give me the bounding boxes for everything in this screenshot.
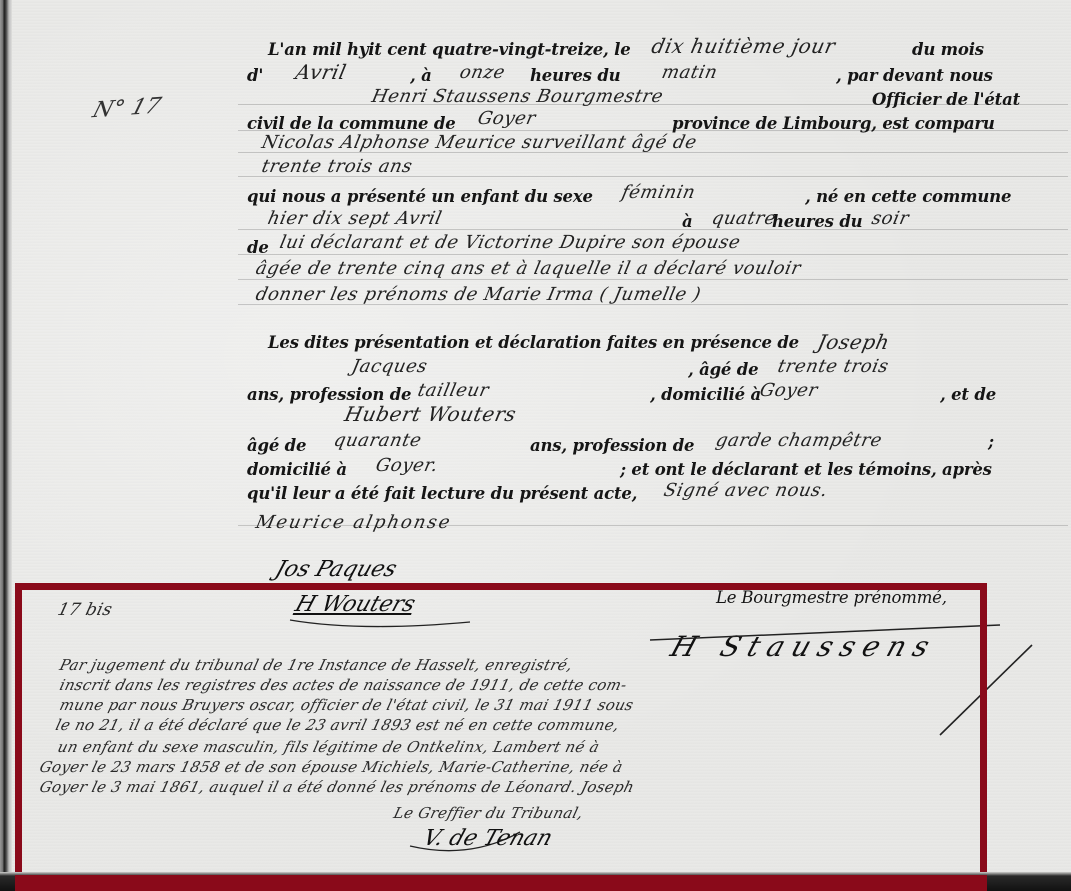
handwritten-day: dix huitième jour: [649, 34, 837, 58]
ruled-line: [238, 279, 1068, 280]
handwritten-evening: soir: [870, 208, 911, 229]
handwritten-parents: lui déclarant et de Victorine Dupire son…: [278, 232, 743, 253]
record-number: N° 17: [90, 94, 164, 123]
annotation-line: un enfant du sexe masculin, fils légitim…: [56, 738, 602, 756]
annotation-line: Goyer le 23 mars 1858 et de son épouse M…: [38, 758, 625, 776]
handwritten-sex: féminin: [620, 182, 698, 203]
handwritten-witness2-domicile: Goyer.: [374, 455, 440, 476]
handwritten-witness1-profession: tailleur: [416, 380, 491, 401]
book-binding-edge: [0, 0, 12, 891]
registry-page: N° 17 L'an mil hyit cent quatre-vingt-tr…: [0, 0, 1071, 891]
annotation-line: Goyer le 3 mai 1861, auquel il a été don…: [38, 778, 637, 796]
ruled-line: [238, 254, 1068, 255]
handwritten-witness2-age: quarante: [332, 430, 424, 451]
handwritten-witness2-profession: garde champêtre: [714, 430, 884, 451]
handwritten-hour: onze: [458, 62, 507, 83]
printed-text: heures du: [772, 212, 862, 231]
handwritten-witness1-last: Jacques: [350, 356, 430, 377]
handwritten-commune: Goyer: [476, 108, 538, 129]
handwritten-witness1-domicile: Goyer: [758, 380, 820, 401]
signature-declarant: Meurice alphonse: [254, 512, 454, 533]
printed-text: du mois: [912, 40, 984, 59]
printed-text: L'an mil hyit cent quatre-vingt-treize, …: [268, 40, 631, 59]
printed-text: de: [247, 238, 269, 257]
handwritten-given-names: donner les prénoms de Marie Irma ( Jumel…: [254, 284, 703, 305]
printed-text: , et de: [940, 385, 996, 404]
annotation-line: Par jugement du tribunal de 1re Instance…: [58, 656, 575, 674]
printed-text: heures du: [530, 66, 620, 85]
handwritten-time: matin: [660, 62, 720, 83]
handwritten-declarant: Nicolas Alphonse Meurice surveillant âgé…: [260, 132, 699, 153]
highlight-box-bottom-band: [15, 875, 987, 891]
printed-text: qu'il leur a été fait lecture du présent…: [247, 484, 637, 503]
handwritten-month: Avril: [293, 60, 348, 84]
printed-text: , âgé de: [688, 360, 758, 379]
printed-text: , né en cette commune: [805, 187, 1011, 206]
handwritten-signed-with-us: Signé avec nous.: [662, 480, 830, 501]
annotation-line: le no 21, il a été déclaré que le 23 avr…: [54, 716, 622, 734]
printed-text: , par devant nous: [836, 66, 993, 85]
printed-text: , domicilié à: [650, 385, 761, 404]
handwritten-age: trente trois ans: [260, 156, 415, 177]
printed-text: ; et ont le déclarant et les témoins, ap…: [620, 460, 992, 479]
printed-text: qui nous a présenté un enfant du sexe: [247, 187, 593, 206]
printed-text: d': [247, 66, 263, 85]
handwritten-mother-age: âgée de trente cinq ans et à laquelle il…: [254, 258, 803, 279]
handwritten-witness1-age: trente trois: [776, 356, 891, 377]
annotation-line: inscrit dans les registres des actes de …: [58, 676, 629, 694]
printed-text: civil de la commune de: [247, 114, 456, 133]
printed-text: à: [682, 212, 693, 231]
printed-text: domicilié à: [247, 460, 347, 479]
printed-text: âgé de: [247, 436, 306, 455]
printed-text: Les dites présentation et déclaration fa…: [268, 333, 799, 352]
printed-text: , à: [410, 66, 432, 85]
printed-text: ;: [988, 432, 994, 451]
annotation-margin-date: 17 bis: [56, 600, 115, 620]
clerk-caption: Le Greffier du Tribunal,: [392, 804, 585, 822]
handwritten-birth-hour: quatre: [710, 208, 778, 229]
annotation-line: mune par nous Bruyers oscar, officier de…: [58, 696, 636, 714]
signature-witness-1: Jos Paques: [272, 557, 400, 582]
clerk-signature: V. de Tenan: [420, 826, 556, 851]
handwritten-witness2-name: Hubert Wouters: [342, 402, 518, 426]
handwritten-witness1-first: Joseph: [815, 330, 892, 354]
printed-text: province de Limbourg, est comparu: [672, 114, 995, 133]
printed-text: Officier de l'état: [872, 90, 1020, 109]
handwritten-officer: Henri Staussens Bourgmestre: [370, 86, 665, 107]
handwritten-birth-date: hier dix sept Avril: [266, 208, 444, 229]
ruled-line: [238, 229, 1068, 230]
printed-text: ans, profession de: [530, 436, 694, 455]
